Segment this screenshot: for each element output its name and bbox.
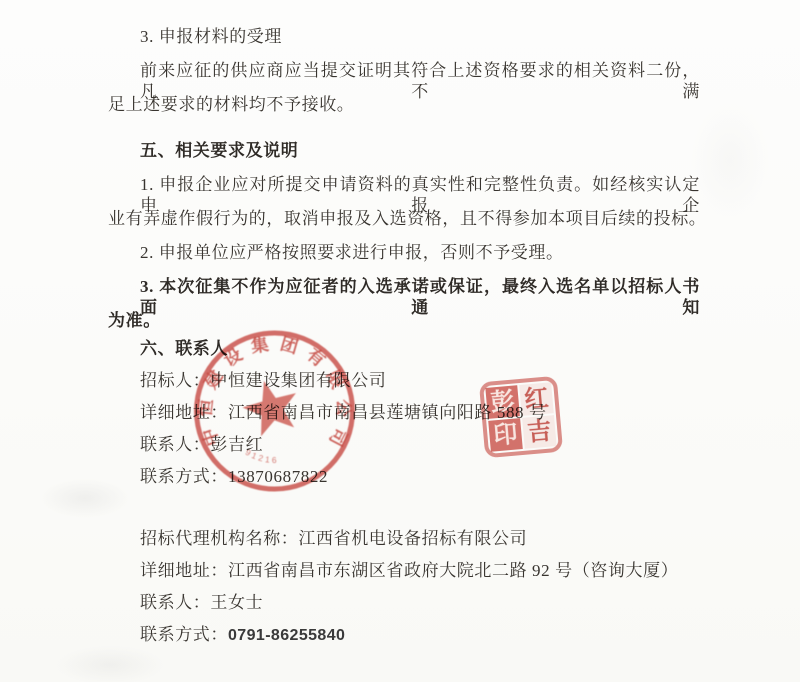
company-seal-arc-text: 中恒建设集团有限公司 <box>194 333 353 458</box>
agency-contact-line: 联系人：王女士 <box>140 592 263 613</box>
paper-smudge <box>690 100 770 220</box>
item5-3-line1: 3. 本次征集不作为应征者的入选承诺或保证，最终入选名单以招标人书面通知 <box>140 276 700 318</box>
name-seal-char: 印 <box>488 418 523 452</box>
scanned-tender-document-page: 3. 申报材料的受理 前来应征的供应商应当提交证明其符合上述资格要求的相关资料二… <box>0 0 800 682</box>
personal-name-seal-stamp: 彭 印 红 吉 <box>479 376 563 459</box>
item5-1-line2: 业有弄虚作假行为的，取消申报及入选资格，且不得参加本项目后续的投标。 <box>108 208 706 229</box>
name-seal-left-column: 彭 印 <box>485 385 522 452</box>
name-seal-char: 吉 <box>522 415 557 449</box>
para-acceptance-line2: 足上述要求的材料均不予接收。 <box>108 94 354 115</box>
paper-smudge <box>55 645 165 682</box>
section5-heading: 五、相关要求及说明 <box>140 140 298 161</box>
agency-name-line: 招标代理机构名称：江西省机电设备招标有限公司 <box>140 528 527 549</box>
item5-2: 2. 申报单位应严格按照要求进行申报，否则不予受理。 <box>140 242 564 263</box>
company-seal-star-icon <box>237 374 304 439</box>
company-seal-serial-digits: 91216 <box>244 447 280 465</box>
agency-phone-value: 0791-86255840 <box>228 627 345 644</box>
company-seal-stamp: 中恒建设集团有限公司 91216 <box>190 326 360 498</box>
agency-phone-line: 联系方式：0791-86255840 <box>140 624 345 646</box>
name-seal-char: 红 <box>519 382 554 416</box>
name-seal-char: 彭 <box>485 385 520 419</box>
section3-heading: 3. 申报材料的受理 <box>140 26 282 47</box>
name-seal-right-column: 红 吉 <box>519 382 556 449</box>
agency-address-line: 详细地址：江西省南昌市东湖区省政府大院北二路 92 号（咨询大厦） <box>140 560 678 581</box>
item5-3-line2: 为准。 <box>108 310 161 331</box>
paper-smudge <box>40 478 130 518</box>
agency-phone-label: 联系方式： <box>140 625 228 644</box>
